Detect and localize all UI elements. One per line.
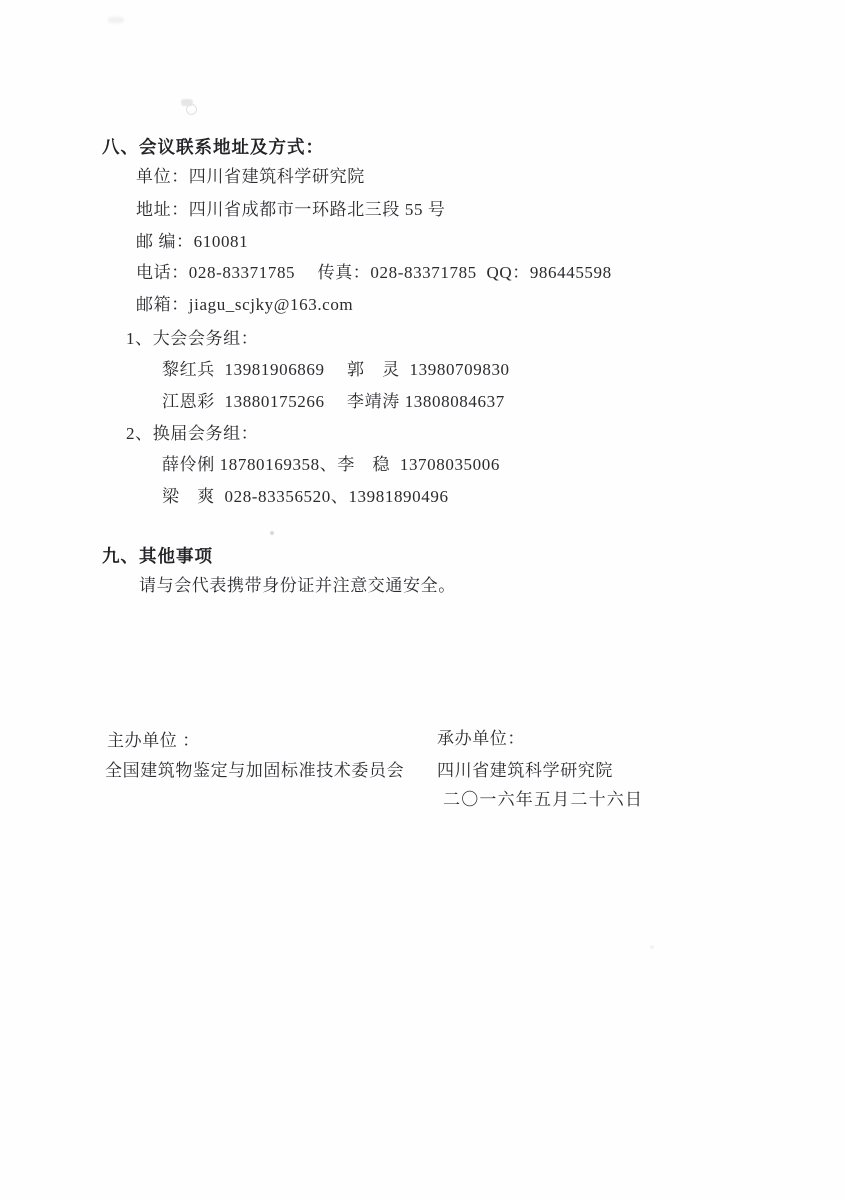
scan-artifact — [108, 17, 124, 23]
host-unit-name: 全国建筑物鉴定与加固标准技术委员会 — [105, 761, 404, 781]
group1-member-row: 黎红兵 13981906869 郭 灵 13980709830 — [162, 360, 510, 380]
contact-line-address: 地址：四川省成都市一环路北三段 55 号 — [136, 200, 446, 220]
organizer-unit-name: 四川省建筑科学研究院 — [437, 761, 613, 781]
group1-member-row: 江恩彩 13880175266 李靖涛 13808084637 — [162, 392, 505, 412]
section-other-heading: 九、其他事项 — [102, 546, 213, 567]
group1-title: 1、大会会务组： — [126, 329, 258, 349]
document-date: 二〇一六年五月二十六日 — [443, 790, 643, 810]
scan-artifact — [186, 104, 197, 115]
contact-line-phone-fax-qq: 电话：028-83371785 传真：028-83371785 QQ：98644… — [136, 263, 612, 283]
scan-artifact — [270, 531, 274, 535]
organizer-unit-label: 承办单位： — [437, 729, 525, 749]
scan-artifact — [650, 945, 654, 949]
contact-line-unit: 单位：四川省建筑科学研究院 — [136, 167, 365, 187]
contact-line-zipcode: 邮 编：610081 — [136, 232, 248, 252]
contact-line-email: 邮箱：jiagu_scjky@163.com — [136, 295, 353, 315]
scanned-document-page: 八、会议联系地址及方式： 单位：四川省建筑科学研究院 地址：四川省成都市一环路北… — [0, 0, 845, 1200]
section-contact-heading: 八、会议联系地址及方式： — [102, 137, 324, 158]
host-unit-label: 主办单位 ： — [107, 731, 200, 751]
section-other-body: 请与会代表携带身份证并注意交通安全。 — [139, 576, 456, 596]
group2-title: 2、换届会务组： — [126, 424, 258, 444]
group2-member-row: 梁 爽 028-83356520、13981890496 — [162, 487, 449, 507]
scan-artifact — [181, 99, 193, 106]
group2-member-row: 薛伶俐 18780169358、李 稳 13708035006 — [162, 455, 500, 475]
